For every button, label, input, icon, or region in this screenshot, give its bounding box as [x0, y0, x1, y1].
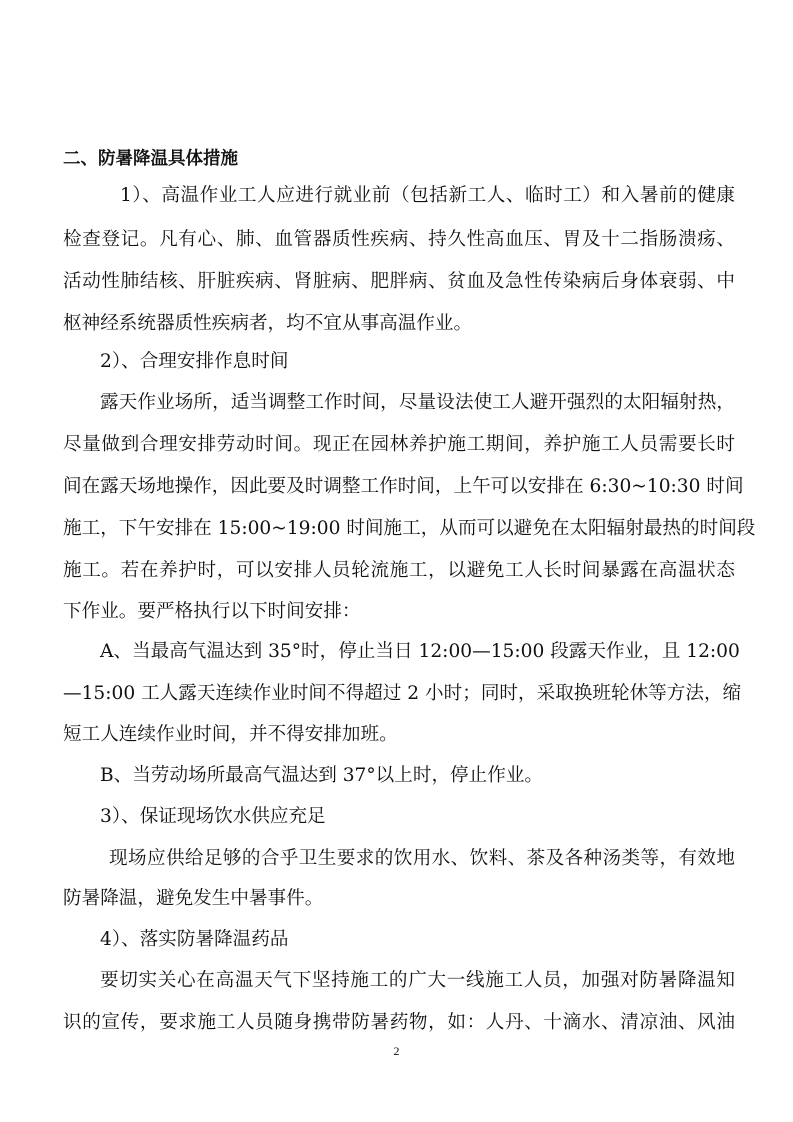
- text-line: B、当劳动场所最高气温达到 37°以上时，停止作业。: [100, 764, 735, 788]
- text-line: 要切实关心在高温天气下坚持施工的广大一线施工人员，加强对防暑降温知: [100, 969, 735, 993]
- text-line: —15:00 工人露天连续作业时间不得超过 2 小时；同时，采取换班轮休等方法，…: [63, 682, 735, 706]
- text-line: A、当最高气温达到 35°时，停止当日 12:00—15:00 段露天作业，且 …: [100, 640, 735, 664]
- text-line: 防暑降温，避免发生中暑事件。: [63, 887, 735, 911]
- text-line: 1）、高温作业工人应进行就业前（包括新工人、临时工）和入暑前的健康: [120, 184, 735, 208]
- text-line: 枢神经系统器质性疾病者，均不宜从事高温作业。: [63, 312, 735, 336]
- text-line: 4）、落实防暑降温药品: [100, 928, 735, 952]
- text-line: 间在露天场地操作，因此要及时调整工作时间，上午可以安排在 6:30~10:30 …: [63, 475, 735, 499]
- text-line: 2）、合理安排作息时间: [100, 350, 735, 374]
- text-line: 施工，下午安排在 15:00~19:00 时间施工，从而可以避免在太阳辐射最热的…: [63, 517, 735, 541]
- text-line: 检查登记。凡有心、肺、血管器质性疾病、持久性高血压、胃及十二指肠溃疡、: [63, 228, 735, 252]
- document-page: 二、防暑降温具体措施 1）、高温作业工人应进行就业前（包括新工人、临时工）和入暑…: [0, 0, 793, 1122]
- text-line: 露天作业场所，适当调整工作时间，尽量设法使工人避开强烈的太阳辐射热，: [100, 391, 735, 415]
- text-line: 下作业。要严格执行以下时间安排：: [63, 600, 735, 624]
- section-heading: 二、防暑降温具体措施: [63, 147, 735, 171]
- text-line: 3）、保证现场饮水供应充足: [100, 805, 735, 829]
- text-line: 现场应供给足够的合乎卫生要求的饮用水、饮料、茶及各种汤类等，有效地: [109, 847, 735, 871]
- page-number: 2: [0, 1044, 793, 1059]
- text-line: 尽量做到合理安排劳动时间。现正在园林养护施工期间，养护施工人员需要长时: [63, 433, 735, 457]
- text-line: 活动性肺结核、肝脏疾病、肾脏病、肥胖病、贫血及急性传染病后身体衰弱、中: [63, 270, 735, 294]
- text-line: 识的宣传，要求施工人员随身携带防暑药物，如：人丹、十滴水、清凉油、风油: [63, 1011, 735, 1035]
- text-line: 施工。若在养护时，可以安排人员轮流施工，以避免工人长时间暴露在高温状态: [63, 559, 735, 583]
- text-line: 短工人连续作业时间，并不得安排加班。: [63, 723, 735, 747]
